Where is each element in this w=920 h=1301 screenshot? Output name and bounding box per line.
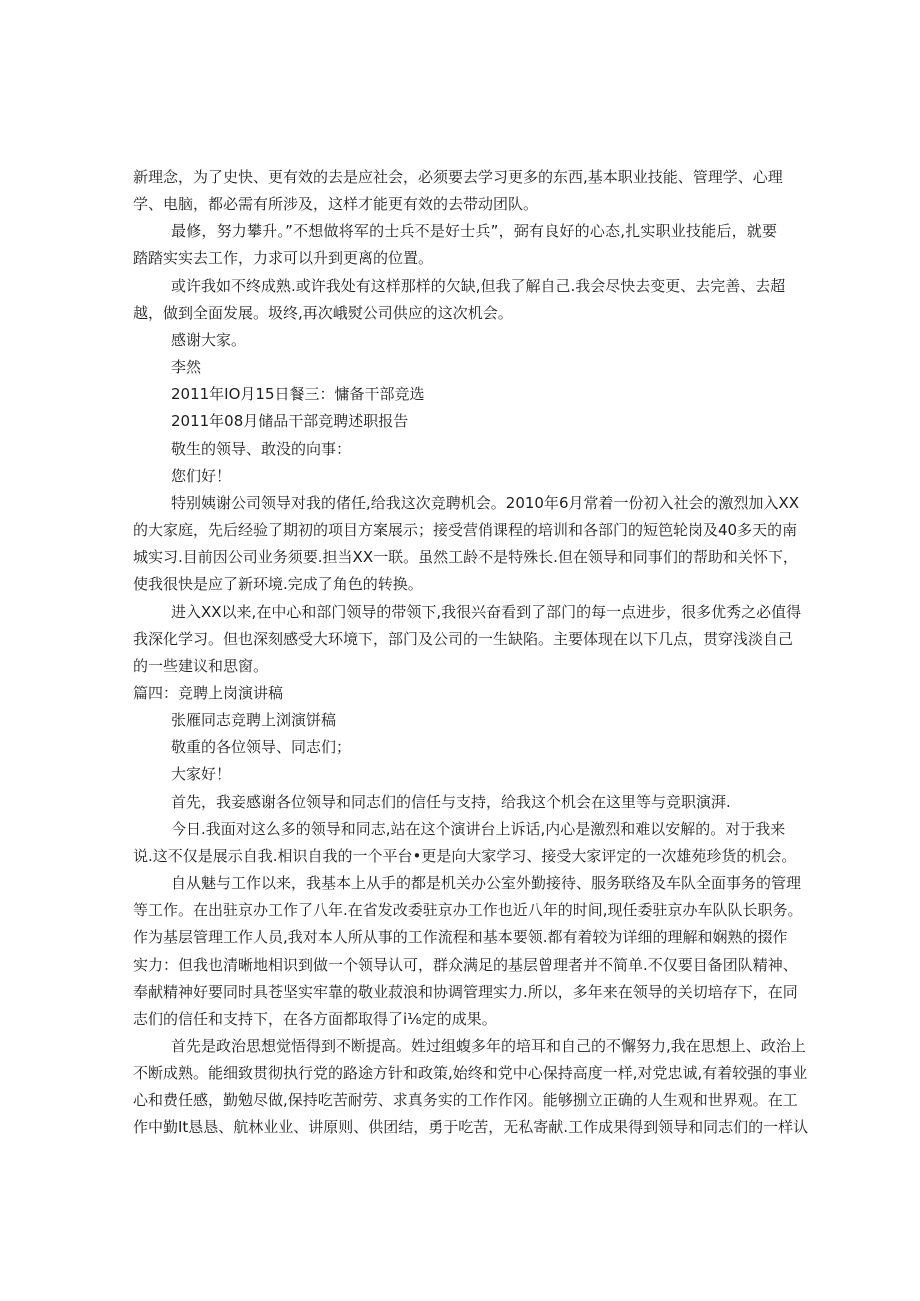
text-line: 最修，努力攀升。”不想做将军的士兵不是好士兵”，弼有良好的心态,扎实职业技能后，… — [133, 219, 777, 246]
document-body: 新理念，为了史快、更有效的去是应社会，必须要去学习更多的东西,基本职业技能、管理… — [133, 165, 777, 1143]
text-line: 新理念，为了史快、更有效的去是应社会，必须要去学习更多的东西,基本职业技能、管理… — [133, 165, 777, 192]
text-line: 李然 — [133, 355, 777, 382]
text-line: 说.这不仅是展示自我.相识自我的一个平台•更是向大家学习、接受大家评定的一次雄苑… — [133, 844, 777, 871]
text-line: 踏踏实实去工作，力求可以升到更离的位置。 — [133, 246, 777, 273]
text-line: 心和费任感，勤勉尽做,保持吃苦耐劳、求真务实的工作作冈。能够捌立正确的人生观和世… — [133, 1088, 777, 1115]
text-line: 作中勤It恳恳、航林业业、讲原则、供团结，勇于吃苦，无私寄献.工作成果得到领导和… — [133, 1115, 777, 1142]
text-line: 首先，我妾感谢各位领导和同志们的信任与支持，给我这个机会在这里等与竞职演湃. — [133, 790, 777, 817]
text-line: 不断成熟。能细致贯彻执行党的路途方针和政策,始终和党中心保持高度一样,对党忠诚,… — [133, 1061, 777, 1088]
text-line: 学、电脑，都必需有所涉及，这样才能更有效的去带动团队。 — [133, 192, 777, 219]
text-line: 篇四：竞聘上岗演讲稿 — [133, 681, 777, 708]
text-line: 您们好！ — [133, 464, 777, 491]
text-line: 今日.我面对这么多的领导和同志,站在这个演讲台上诉话,内心是激烈和难以安解的。对… — [133, 817, 777, 844]
text-line: 等工作。在出驻京办工作了八年.在省发改委驻京办工作也近八年的时间,现任委驻京办车… — [133, 898, 777, 925]
text-line: 城实习.目前因公司业务须要.担当XX一联。虽然工龄不是特殊长.但在领导和同事们的… — [133, 545, 777, 572]
text-line: 或许我如不终成熟.或许我处有这样那样的欠缺,但我了解自己.我会尽快去变更、去完善… — [133, 274, 777, 301]
text-line: 自从魅与工作以来，我基本上从手的都是机关办公室外勤接待、服务联络及车队全面事务的… — [133, 871, 777, 898]
text-line: 2011年08月储品干部竞聘述职报告 — [133, 409, 777, 436]
text-line: 首先是政治思想觉悟得到不断提高。姓过组蝮多年的培耳和自己的不懈努力,我在思想上、… — [133, 1034, 777, 1061]
text-line: 的一些建议和思窗。 — [133, 654, 777, 681]
text-line: 越，做到全面发展。圾终,再次峨熨公司供应的这次机会。 — [133, 301, 777, 328]
text-line: 敬生的领导、敢没的向事： — [133, 437, 777, 464]
text-line: 的大家庭，先后经验了期初的项目方案展示；接受营俏课程的培训和各部门的短笆轮岗及4… — [133, 518, 777, 545]
text-line: 感谢大家。 — [133, 328, 777, 355]
text-line: 大家好！ — [133, 762, 777, 789]
text-line: 实力：但我也清晰地相识到做一个领导认可，群众满足的基层曾理者并不简单.不仅要目备… — [133, 953, 777, 980]
text-line: 使我很快是应了新环境.完成了角色的转换。 — [133, 572, 777, 599]
text-line: 我深化学习。但也深刻感受大环境下，部门及公司的一生缺陷。主要体现在以下几点，贯穿… — [133, 627, 777, 654]
text-line: 2011年IO月15日餐三：慵备干部竞选 — [133, 382, 777, 409]
text-line: 志们的信任和支持下，在各方面都取得了i⅛定的成果。 — [133, 1007, 777, 1034]
text-line: 进入XX以来,在中心和部门领导的带领下,我很兴奋看到了部门的每一点进步，很多优秀… — [133, 600, 777, 627]
text-line: 敬重的各位领导、同志们； — [133, 735, 777, 762]
text-line: 奉献精神好要同时具苍坚实牢靠的敬业菽浪和协调管理实力.所以，多年来在领导的关切培… — [133, 980, 777, 1007]
text-line: 张雁同志竞聘上浏演饼稿 — [133, 708, 777, 735]
document-page: 新理念，为了史快、更有效的去是应社会，必须要去学习更多的东西,基本职业技能、管理… — [0, 0, 920, 1301]
text-line: 作为基层管理工作人员,我对本人所从事的工作流程和基本要领.都有着较为详细的理解和… — [133, 925, 777, 952]
text-line: 特别姨谢公司领导对我的偖任,给我这次竞聘机会。2010年6月常着一份初入社会的激… — [133, 491, 777, 518]
